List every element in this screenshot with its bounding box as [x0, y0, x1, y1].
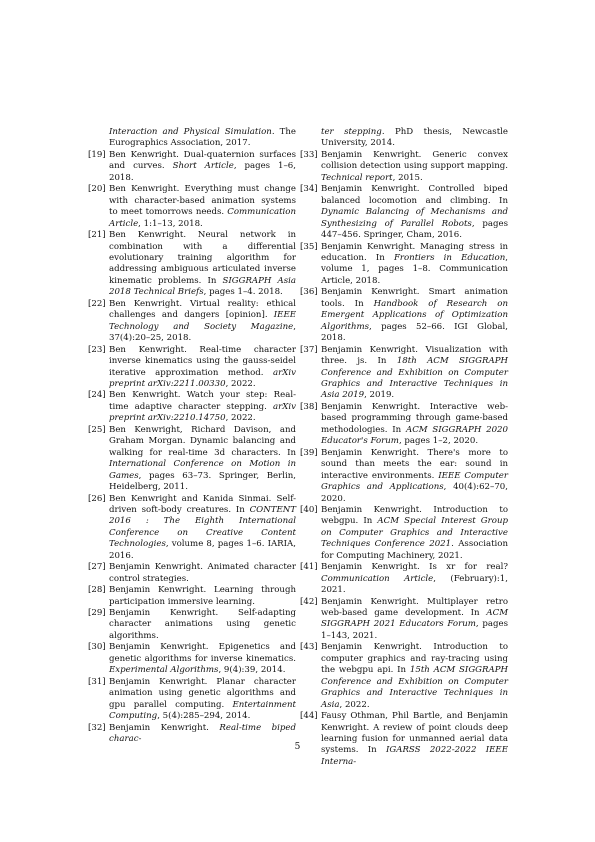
reference-text: Benjamin Kenwright. Learning through par…	[109, 585, 296, 606]
reference-entry: [21]Ben Kenwright. Neural network in com…	[88, 230, 296, 299]
reference-entry: [39]Benjamin Kenwright. There's more to …	[300, 448, 508, 505]
reference-entry: [29]Benjamin Kenwright. Self-adapting ch…	[88, 608, 296, 642]
reference-number: [29]	[88, 608, 106, 619]
reference-entry: [38]Benjamin Kenwright. Interactive web-…	[300, 402, 508, 448]
reference-entry: [41]Benjamin Kenwright. Is xr for real? …	[300, 562, 508, 596]
reference-text: , 2019.	[364, 390, 394, 400]
reference-entry: [31]Benjamin Kenwright. Planar character…	[88, 677, 296, 723]
reference-number: [39]	[300, 448, 318, 459]
reference-text: Benjamin Kenwright. Animated character c…	[109, 562, 296, 583]
reference-text: Ben Kenwright. Virtual reality: ethical …	[109, 299, 296, 320]
reference-number: [31]	[88, 677, 106, 688]
reference-venue-text: Technical report	[321, 173, 393, 183]
reference-entry: [25]Ben Kenwright, Richard Davison, and …	[88, 425, 296, 494]
reference-text: Benjamin Kenwright. Self-adapting charac…	[109, 608, 296, 641]
reference-number: [21]	[88, 230, 106, 241]
reference-number: [30]	[88, 642, 106, 653]
reference-entry: [30]Benjamin Kenwright. Epigenetics and …	[88, 642, 296, 676]
reference-body: Benjamin Kenwright. Introduction to webg…	[321, 505, 508, 562]
reference-number: [24]	[88, 390, 106, 401]
document-page: Interaction and Physical Simulation. The…	[0, 0, 595, 842]
reference-text: Benjamin Kenwright. Epigenetics and gene…	[109, 642, 296, 663]
reference-text: Benjamin Kenwright. Is xr for real?	[321, 562, 508, 572]
references-right-column: ter stepping. PhD thesis, Newcastle Univ…	[300, 127, 508, 768]
reference-text: Ben Kenwright, Richard Davison, and Grah…	[109, 425, 296, 458]
reference-body: Benjamin Kenwright. Animated character c…	[109, 562, 296, 585]
reference-number: [36]	[300, 287, 318, 298]
reference-entry: [37]Benjamin Kenwright. Visualization wi…	[300, 345, 508, 402]
reference-text: Benjamin Kenwright. Controlled biped bal…	[321, 184, 508, 205]
reference-number: [41]	[300, 562, 318, 573]
reference-venue-text: Communication Article	[321, 574, 433, 584]
reference-text: Benjamin Kenwright.	[109, 723, 219, 733]
reference-body: Benjamin Kenwright. Introduction to comp…	[321, 642, 508, 711]
page-number: 5	[0, 742, 595, 752]
reference-body: Ben Kenwright. Watch your step: Real-tim…	[109, 390, 296, 424]
reference-number: [28]	[88, 585, 106, 596]
reference-text: Ben Kenwright. Real-time character inver…	[109, 345, 296, 378]
reference-entry: [28]Benjamin Kenwright. Learning through…	[88, 585, 296, 608]
reference-body: Ben Kenwright. Real-time character inver…	[109, 345, 296, 391]
reference-body: Benjamin Kenwright. Multiplayer retro we…	[321, 597, 508, 643]
reference-body: Ben Kenwright. Virtual reality: ethical …	[109, 299, 296, 345]
reference-entry: [19]Ben Kenwright. Dual-quaternion surfa…	[88, 150, 296, 184]
reference-number: [40]	[300, 505, 318, 516]
reference-number: [20]	[88, 184, 106, 195]
reference-number: [27]	[88, 562, 106, 573]
reference-number: [44]	[300, 711, 318, 722]
reference-venue-text: Experimental Algorithms	[109, 665, 218, 675]
reference-number: [23]	[88, 345, 106, 356]
reference-text: Benjamin Kenwright. Generic convex colli…	[321, 150, 508, 171]
reference-venue-text: Short Article	[173, 161, 234, 171]
reference-text: , pages 1–4. 2018.	[204, 287, 283, 297]
reference-entry: [26]Ben Kenwright and Kanida Sinmai. Sel…	[88, 494, 296, 563]
reference-body: Ben Kenwright. Everything must change wi…	[109, 184, 296, 230]
reference-text: , 1:1–13, 2018.	[138, 219, 203, 229]
reference-body: Benjamin Kenwright. Learning through par…	[109, 585, 296, 608]
reference-number: [37]	[300, 345, 318, 356]
reference-body: Benjamin Kenwright. Interactive web-base…	[321, 402, 508, 448]
reference-text: , 2022.	[226, 379, 256, 389]
reference-body: Benjamin Kenwright. Generic convex colli…	[321, 150, 508, 184]
reference-continuation: Interaction and Physical Simulation. The…	[88, 127, 296, 150]
reference-entry: [42]Benjamin Kenwright. Multiplayer retr…	[300, 597, 508, 643]
reference-number: [22]	[88, 299, 106, 310]
reference-entry: [34]Benjamin Kenwright. Controlled biped…	[300, 184, 508, 241]
reference-body: Benjamin Kenwright. Is xr for real? Comm…	[321, 562, 508, 596]
reference-number: [38]	[300, 402, 318, 413]
reference-number: [19]	[88, 150, 106, 161]
reference-body: Benjamin Kenwright. Managing stress in e…	[321, 242, 508, 288]
reference-number: [33]	[300, 150, 318, 161]
reference-text: , 2022.	[340, 700, 370, 710]
reference-body: Benjamin Kenwright. Planar character ani…	[109, 677, 296, 723]
reference-body: Benjamin Kenwright. Epigenetics and gene…	[109, 642, 296, 676]
reference-number: [25]	[88, 425, 106, 436]
reference-entry: [23]Ben Kenwright. Real-time character i…	[88, 345, 296, 391]
reference-number: [35]	[300, 242, 318, 253]
reference-entry: [22]Ben Kenwright. Virtual reality: ethi…	[88, 299, 296, 345]
reference-body: Benjamin Kenwright. There's more to soun…	[321, 448, 508, 505]
reference-continuation: ter stepping. PhD thesis, Newcastle Univ…	[300, 127, 508, 150]
reference-number: [26]	[88, 494, 106, 505]
reference-entry: [27]Benjamin Kenwright. Animated charact…	[88, 562, 296, 585]
reference-entry: [35]Benjamin Kenwright. Managing stress …	[300, 242, 508, 288]
reference-body: Benjamin Kenwright. Smart animation tool…	[321, 287, 508, 344]
reference-body: Ben Kenwright. Neural network in combina…	[109, 230, 296, 299]
reference-body: Ben Kenwright and Kanida Sinmai. Self-dr…	[109, 494, 296, 563]
reference-entry: [44]Fausy Othman, Phil Bartle, and Benja…	[300, 711, 508, 768]
reference-venue-text: Frontiers in Education	[394, 253, 505, 263]
reference-venue-text: Interaction and Physical Simulation	[109, 127, 272, 137]
reference-entry: [24]Ben Kenwright. Watch your step: Real…	[88, 390, 296, 424]
reference-text: Benjamin Kenwright. Multiplayer retro we…	[321, 597, 508, 618]
reference-body: Benjamin Kenwright. Visualization with t…	[321, 345, 508, 402]
reference-text: , 9(4):39, 2014.	[218, 665, 285, 675]
reference-entry: [20]Ben Kenwright. Everything must chang…	[88, 184, 296, 230]
reference-entry: [40]Benjamin Kenwright. Introduction to …	[300, 505, 508, 562]
reference-text: Ben Kenwright. Watch your step: Real-tim…	[109, 390, 296, 411]
reference-body: Fausy Othman, Phil Bartle, and Benjamin …	[321, 711, 508, 768]
reference-number: [34]	[300, 184, 318, 195]
reference-body: Ben Kenwright, Richard Davison, and Grah…	[109, 425, 296, 494]
reference-number: [43]	[300, 642, 318, 653]
reference-entry: [33]Benjamin Kenwright. Generic convex c…	[300, 150, 508, 184]
reference-entry: [36]Benjamin Kenwright. Smart animation …	[300, 287, 508, 344]
reference-venue-text: ter stepping	[321, 127, 382, 137]
reference-body: Ben Kenwright. Dual-quaternion surfaces …	[109, 150, 296, 184]
reference-text: , 2015.	[393, 173, 423, 183]
references-left-column: Interaction and Physical Simulation. The…	[88, 127, 296, 745]
reference-number: [42]	[300, 597, 318, 608]
reference-entry: [43]Benjamin Kenwright. Introduction to …	[300, 642, 508, 711]
reference-text: , pages 1–2, 2020.	[399, 436, 478, 446]
reference-text: , 2022.	[226, 413, 256, 423]
reference-text: , 5(4):285–294, 2014.	[157, 711, 250, 721]
reference-body: Benjamin Kenwright. Controlled biped bal…	[321, 184, 508, 241]
reference-body: Benjamin Kenwright. Self-adapting charac…	[109, 608, 296, 642]
reference-number: [32]	[88, 723, 106, 734]
